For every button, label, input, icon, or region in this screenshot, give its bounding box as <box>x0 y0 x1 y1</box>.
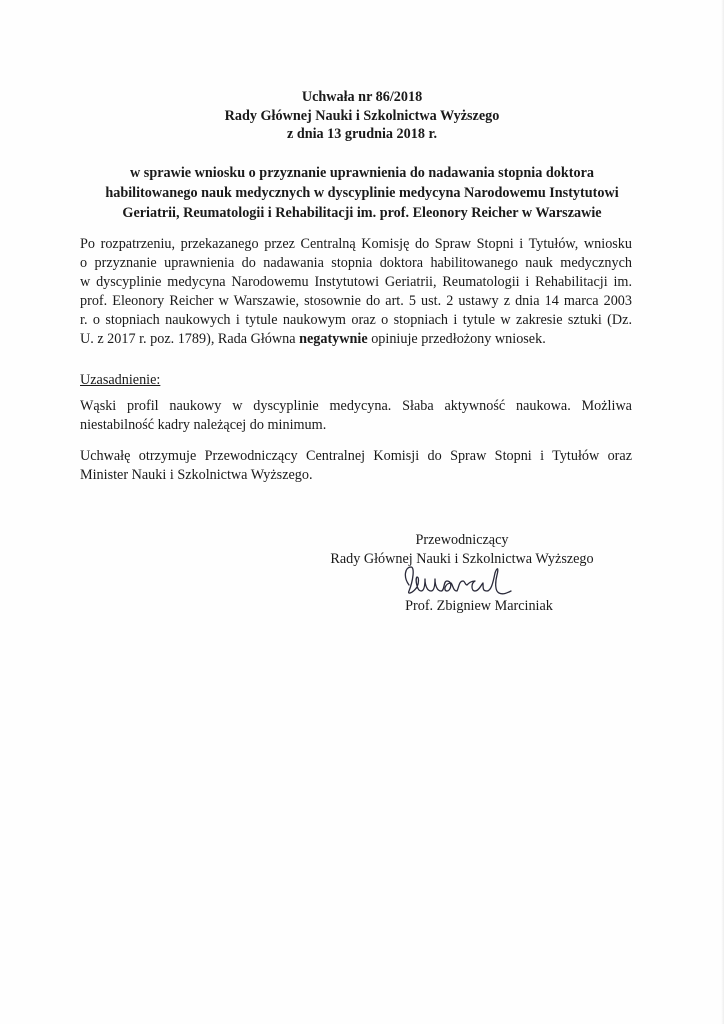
signer-role: Przewodniczący <box>312 531 612 550</box>
recipients-line: Uchwałę otrzymuje Przewodniczący Central… <box>80 447 632 466</box>
main-paragraph: Po rozpatrzeniu, przekazanego przez Cent… <box>80 235 632 349</box>
recipients-line: Minister Nauki i Szkolnictwa Wyższego. <box>80 466 632 485</box>
subject-line: habilitowanego nauk medycznych w dyscypl… <box>0 183 724 203</box>
subject-line: Geriatrii, Reumatologii i Rehabilitacji … <box>0 203 724 223</box>
last-line-prefix: U. z 2017 r. poz. 1789), Rada Główna <box>80 331 299 347</box>
paragraph-line: o przyznanie uprawnienia do nadawania st… <box>80 254 632 273</box>
justification-title: Uzasadnienie: <box>80 371 160 390</box>
last-line-suffix: opiniuje przedłożony wniosek. <box>368 331 546 347</box>
decision-keyword: negatywnie <box>299 331 368 347</box>
paragraph-line: Po rozpatrzeniu, przekazanego przez Cent… <box>80 235 632 254</box>
paragraph-last-line: U. z 2017 r. poz. 1789), Rada Główna neg… <box>80 330 632 349</box>
justification-line: Wąski profil naukowy w dyscyplinie medyc… <box>80 397 632 416</box>
subject-line: w sprawie wniosku o przyznanie uprawnien… <box>0 163 724 183</box>
resolution-date: z dnia 13 grudnia 2018 r. <box>0 125 724 144</box>
justification-body: Wąski profil naukowy w dyscyplinie medyc… <box>80 397 632 435</box>
resolution-header: Uchwała nr 86/2018 Rady Głównej Nauki i … <box>0 88 724 144</box>
handwritten-signature-icon <box>395 563 515 601</box>
paragraph-line: w dyscyplinie medycyna Narodowemu Instyt… <box>80 273 632 292</box>
recipients-paragraph: Uchwałę otrzymuje Przewodniczący Central… <box>80 447 632 485</box>
issuing-body: Rady Głównej Nauki i Szkolnictwa Wyższeg… <box>0 107 724 126</box>
paragraph-line: r. o stopniach naukowych i tytule naukow… <box>80 311 632 330</box>
paragraph-line: prof. Eleonory Reicher w Warszawie, stos… <box>80 292 632 311</box>
resolution-number: Uchwała nr 86/2018 <box>0 88 724 107</box>
document-page: Uchwała nr 86/2018 Rady Głównej Nauki i … <box>0 0 724 1024</box>
signer-name: Prof. Zbigniew Marciniak <box>312 597 612 616</box>
resolution-subject: w sprawie wniosku o przyznanie uprawnien… <box>0 163 724 223</box>
justification-line: niestabilność kadry należącej do minimum… <box>80 416 632 435</box>
